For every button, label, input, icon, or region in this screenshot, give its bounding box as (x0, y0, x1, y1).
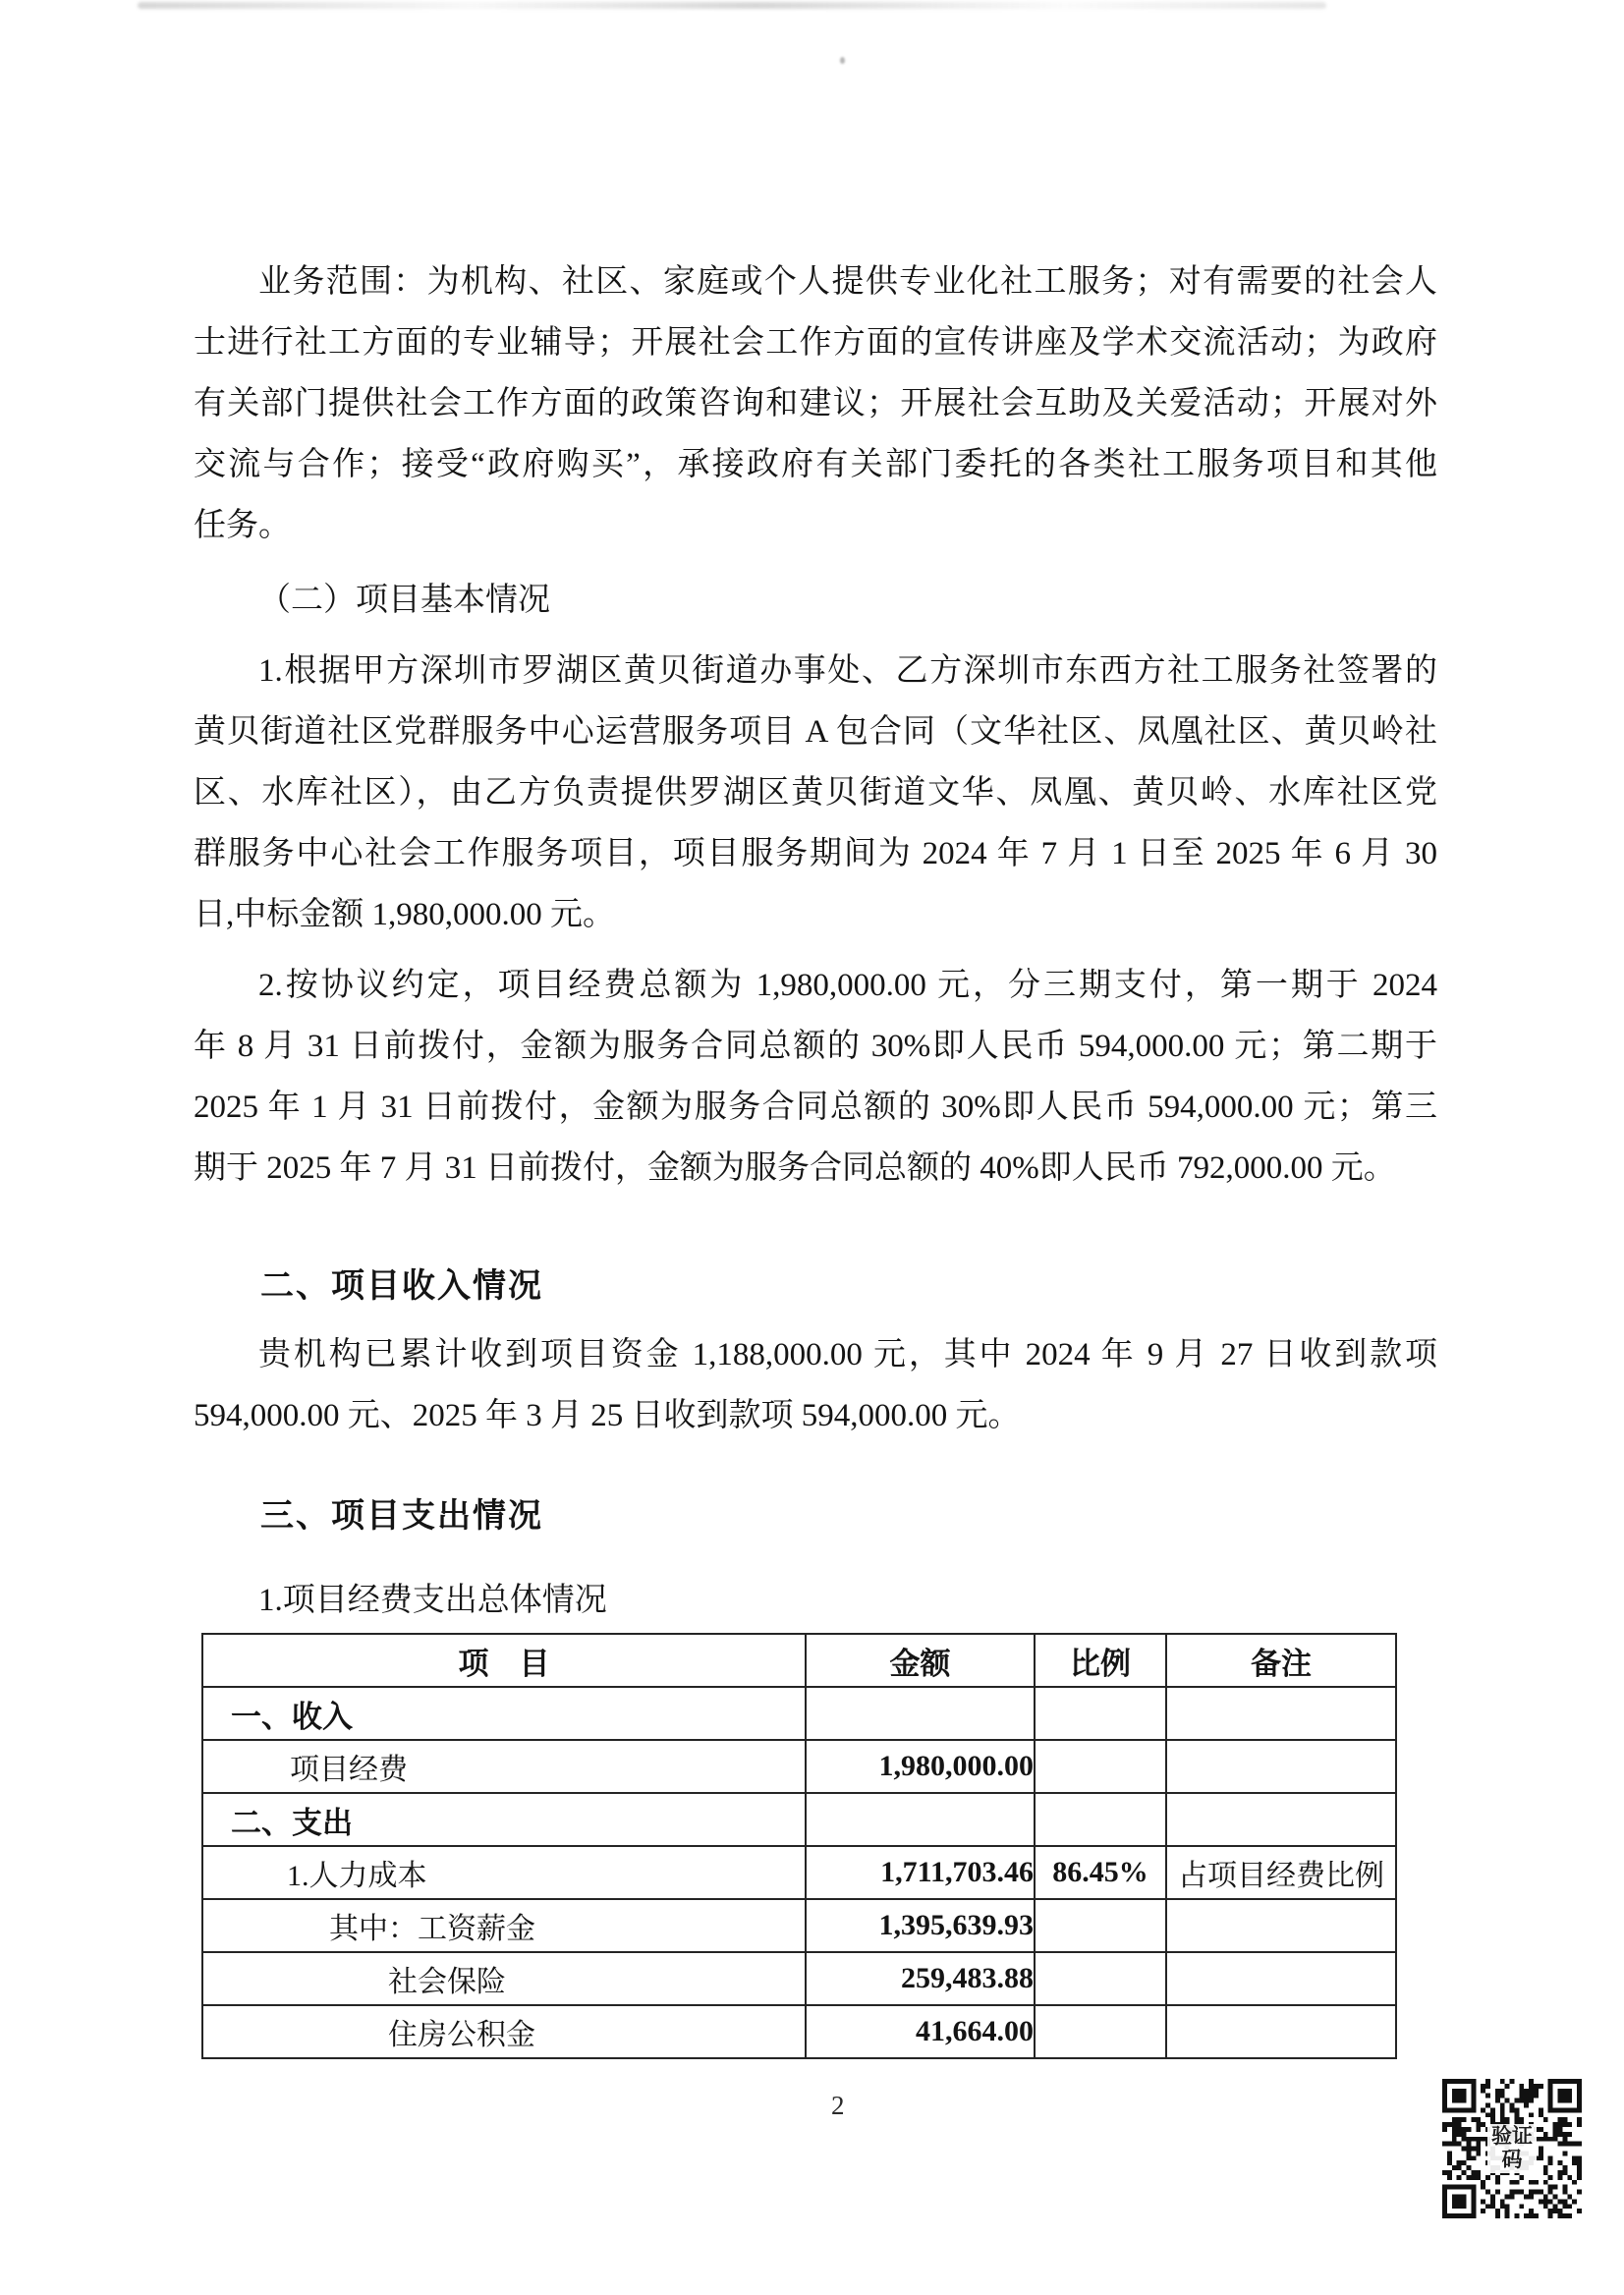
text-line: 594,000.00 元、2025 年 3 月 25 日收到款项 594,000… (194, 1385, 1437, 1446)
cell-ratio (1035, 1687, 1166, 1740)
cell-note: 占项目经费比例 (1166, 1846, 1396, 1899)
text-line: 黄贝街道社区党群服务中心运营服务项目 A 包合同（文华社区、凤凰社区、黄贝岭社 (194, 701, 1437, 762)
heading-income-section: 二、项目收入情况 (194, 1256, 1437, 1316)
text-line: 士进行社工方面的专业辅导；开展社会工作方面的宣传讲座及学术交流活动；为政府 (194, 312, 1437, 373)
text-line: 有关部门提供社会工作方面的政策咨询和建议；开展社会互助及关爱活动；开展对外 (194, 373, 1437, 434)
text-line: 群服务中心社会工作服务项目，项目服务期间为 2024 年 7 月 1 日至 20… (194, 823, 1437, 884)
document-page: 业务范围：为机构、社区、家庭或个人提供专业化社工服务；对有需要的社会人 士进行社… (0, 0, 1624, 2295)
paragraph-contract-info: 1.根据甲方深圳市罗湖区黄贝街道办事处、乙方深圳市东西方社工服务社签署的 黄贝街… (194, 641, 1437, 945)
cell-ratio (1035, 1952, 1166, 2005)
paragraph-payment-terms: 2.按协议约定，项目经费总额为 1,980,000.00 元，分三期支付，第一期… (194, 955, 1437, 1199)
table-row: 其中：工资薪金 1,395,639.93 (202, 1899, 1396, 1952)
table-row: 一、收入 (202, 1687, 1396, 1740)
cell-ratio (1035, 2005, 1166, 2058)
table-row: 二、支出 (202, 1793, 1396, 1846)
text-line: 区、水库社区），由乙方负责提供罗湖区黄贝街道文华、凤凰、黄贝岭、水库社区党 (194, 762, 1437, 823)
cell-amount: 1,711,703.46 (806, 1846, 1035, 1899)
cell-item: 二、支出 (202, 1793, 806, 1846)
table-header-row: 项 目 金额 比例 备注 (202, 1634, 1396, 1687)
text-line: 交流与合作；接受“政府购买”，承接政府有关部门委托的各类社工服务项目和其他 (194, 434, 1437, 495)
text-line: 期于 2025 年 7 月 31 日前拨付，金额为服务合同总额的 40%即人民币… (194, 1138, 1437, 1199)
column-header-note: 备注 (1166, 1634, 1396, 1687)
cell-item: 住房公积金 (202, 2005, 806, 2058)
text-line: 年 8 月 31 日前拨付，金额为服务合同总额的 30%即人民币 594,000… (194, 1016, 1437, 1077)
cell-item: 其中：工资薪金 (202, 1899, 806, 1952)
cell-amount (806, 1687, 1035, 1740)
cell-ratio (1035, 1740, 1166, 1793)
cell-note (1166, 1899, 1396, 1952)
cell-amount: 41,664.00 (806, 2005, 1035, 2058)
qr-overlay-label: 验证 码 (1487, 2124, 1537, 2173)
column-header-item: 项 目 (202, 1634, 806, 1687)
column-header-ratio: 比例 (1035, 1634, 1166, 1687)
cell-item: 社会保险 (202, 1952, 806, 2005)
table-row: 项目经费 1,980,000.00 (202, 1740, 1396, 1793)
column-header-amount: 金额 (806, 1634, 1035, 1687)
cell-ratio (1035, 1899, 1166, 1952)
expense-summary-table: 项 目 金额 比例 备注 一、收入 项目经费 1,980,000.00 二、支出 (201, 1633, 1397, 2059)
paragraph-business-scope: 业务范围：为机构、社区、家庭或个人提供专业化社工服务；对有需要的社会人 士进行社… (194, 252, 1437, 556)
cell-amount: 1,980,000.00 (806, 1740, 1035, 1793)
cell-amount: 259,483.88 (806, 1952, 1035, 2005)
cell-note (1166, 1687, 1396, 1740)
text-line: 2.按协议约定，项目经费总额为 1,980,000.00 元，分三期支付，第一期… (194, 955, 1437, 1016)
text-line: 2025 年 1 月 31 日前拨付，金额为服务合同总额的 30%即人民币 59… (194, 1077, 1437, 1138)
cell-item: 一、收入 (202, 1687, 806, 1740)
table-row: 1.人力成本 1,711,703.46 86.45% 占项目经费比例 (202, 1846, 1396, 1899)
text-line: 贵机构已累计收到项目资金 1,188,000.00 元，其中 2024 年 9 … (194, 1324, 1437, 1385)
cell-ratio (1035, 1793, 1166, 1846)
heading-expense-overview: 1.项目经费支出总体情况 (194, 1570, 1437, 1631)
cell-note (1166, 1793, 1396, 1846)
scan-artifact (138, 2, 1326, 9)
cell-note (1166, 2005, 1396, 2058)
cell-item: 项目经费 (202, 1740, 806, 1793)
cell-amount: 1,395,639.93 (806, 1899, 1035, 1952)
text-line: 1.根据甲方深圳市罗湖区黄贝街道办事处、乙方深圳市东西方社工服务社签署的 (194, 641, 1437, 701)
text-line: 任务。 (194, 495, 1437, 556)
text-line: 日,中标金额 1,980,000.00 元。 (194, 884, 1437, 945)
qr-code: 验证 码 (1442, 2077, 1582, 2220)
table-row: 社会保险 259,483.88 (202, 1952, 1396, 2005)
scan-artifact-dot (840, 57, 845, 64)
heading-project-basic-info: （二）项目基本情况 (194, 570, 1437, 631)
page-number: 2 (831, 2091, 845, 2121)
cell-amount (806, 1793, 1035, 1846)
text-line: 业务范围：为机构、社区、家庭或个人提供专业化社工服务；对有需要的社会人 (194, 252, 1437, 312)
paragraph-income-received: 贵机构已累计收到项目资金 1,188,000.00 元，其中 2024 年 9 … (194, 1324, 1437, 1446)
cell-item: 1.人力成本 (202, 1846, 806, 1899)
cell-ratio: 86.45% (1035, 1846, 1166, 1899)
qr-overlay-line1: 验证 (1491, 2125, 1533, 2149)
cell-note (1166, 1952, 1396, 2005)
heading-expense-section: 三、项目支出情况 (194, 1485, 1437, 1546)
cell-note (1166, 1740, 1396, 1793)
table-row: 住房公积金 41,664.00 (202, 2005, 1396, 2058)
qr-overlay-line2: 码 (1502, 2149, 1523, 2172)
